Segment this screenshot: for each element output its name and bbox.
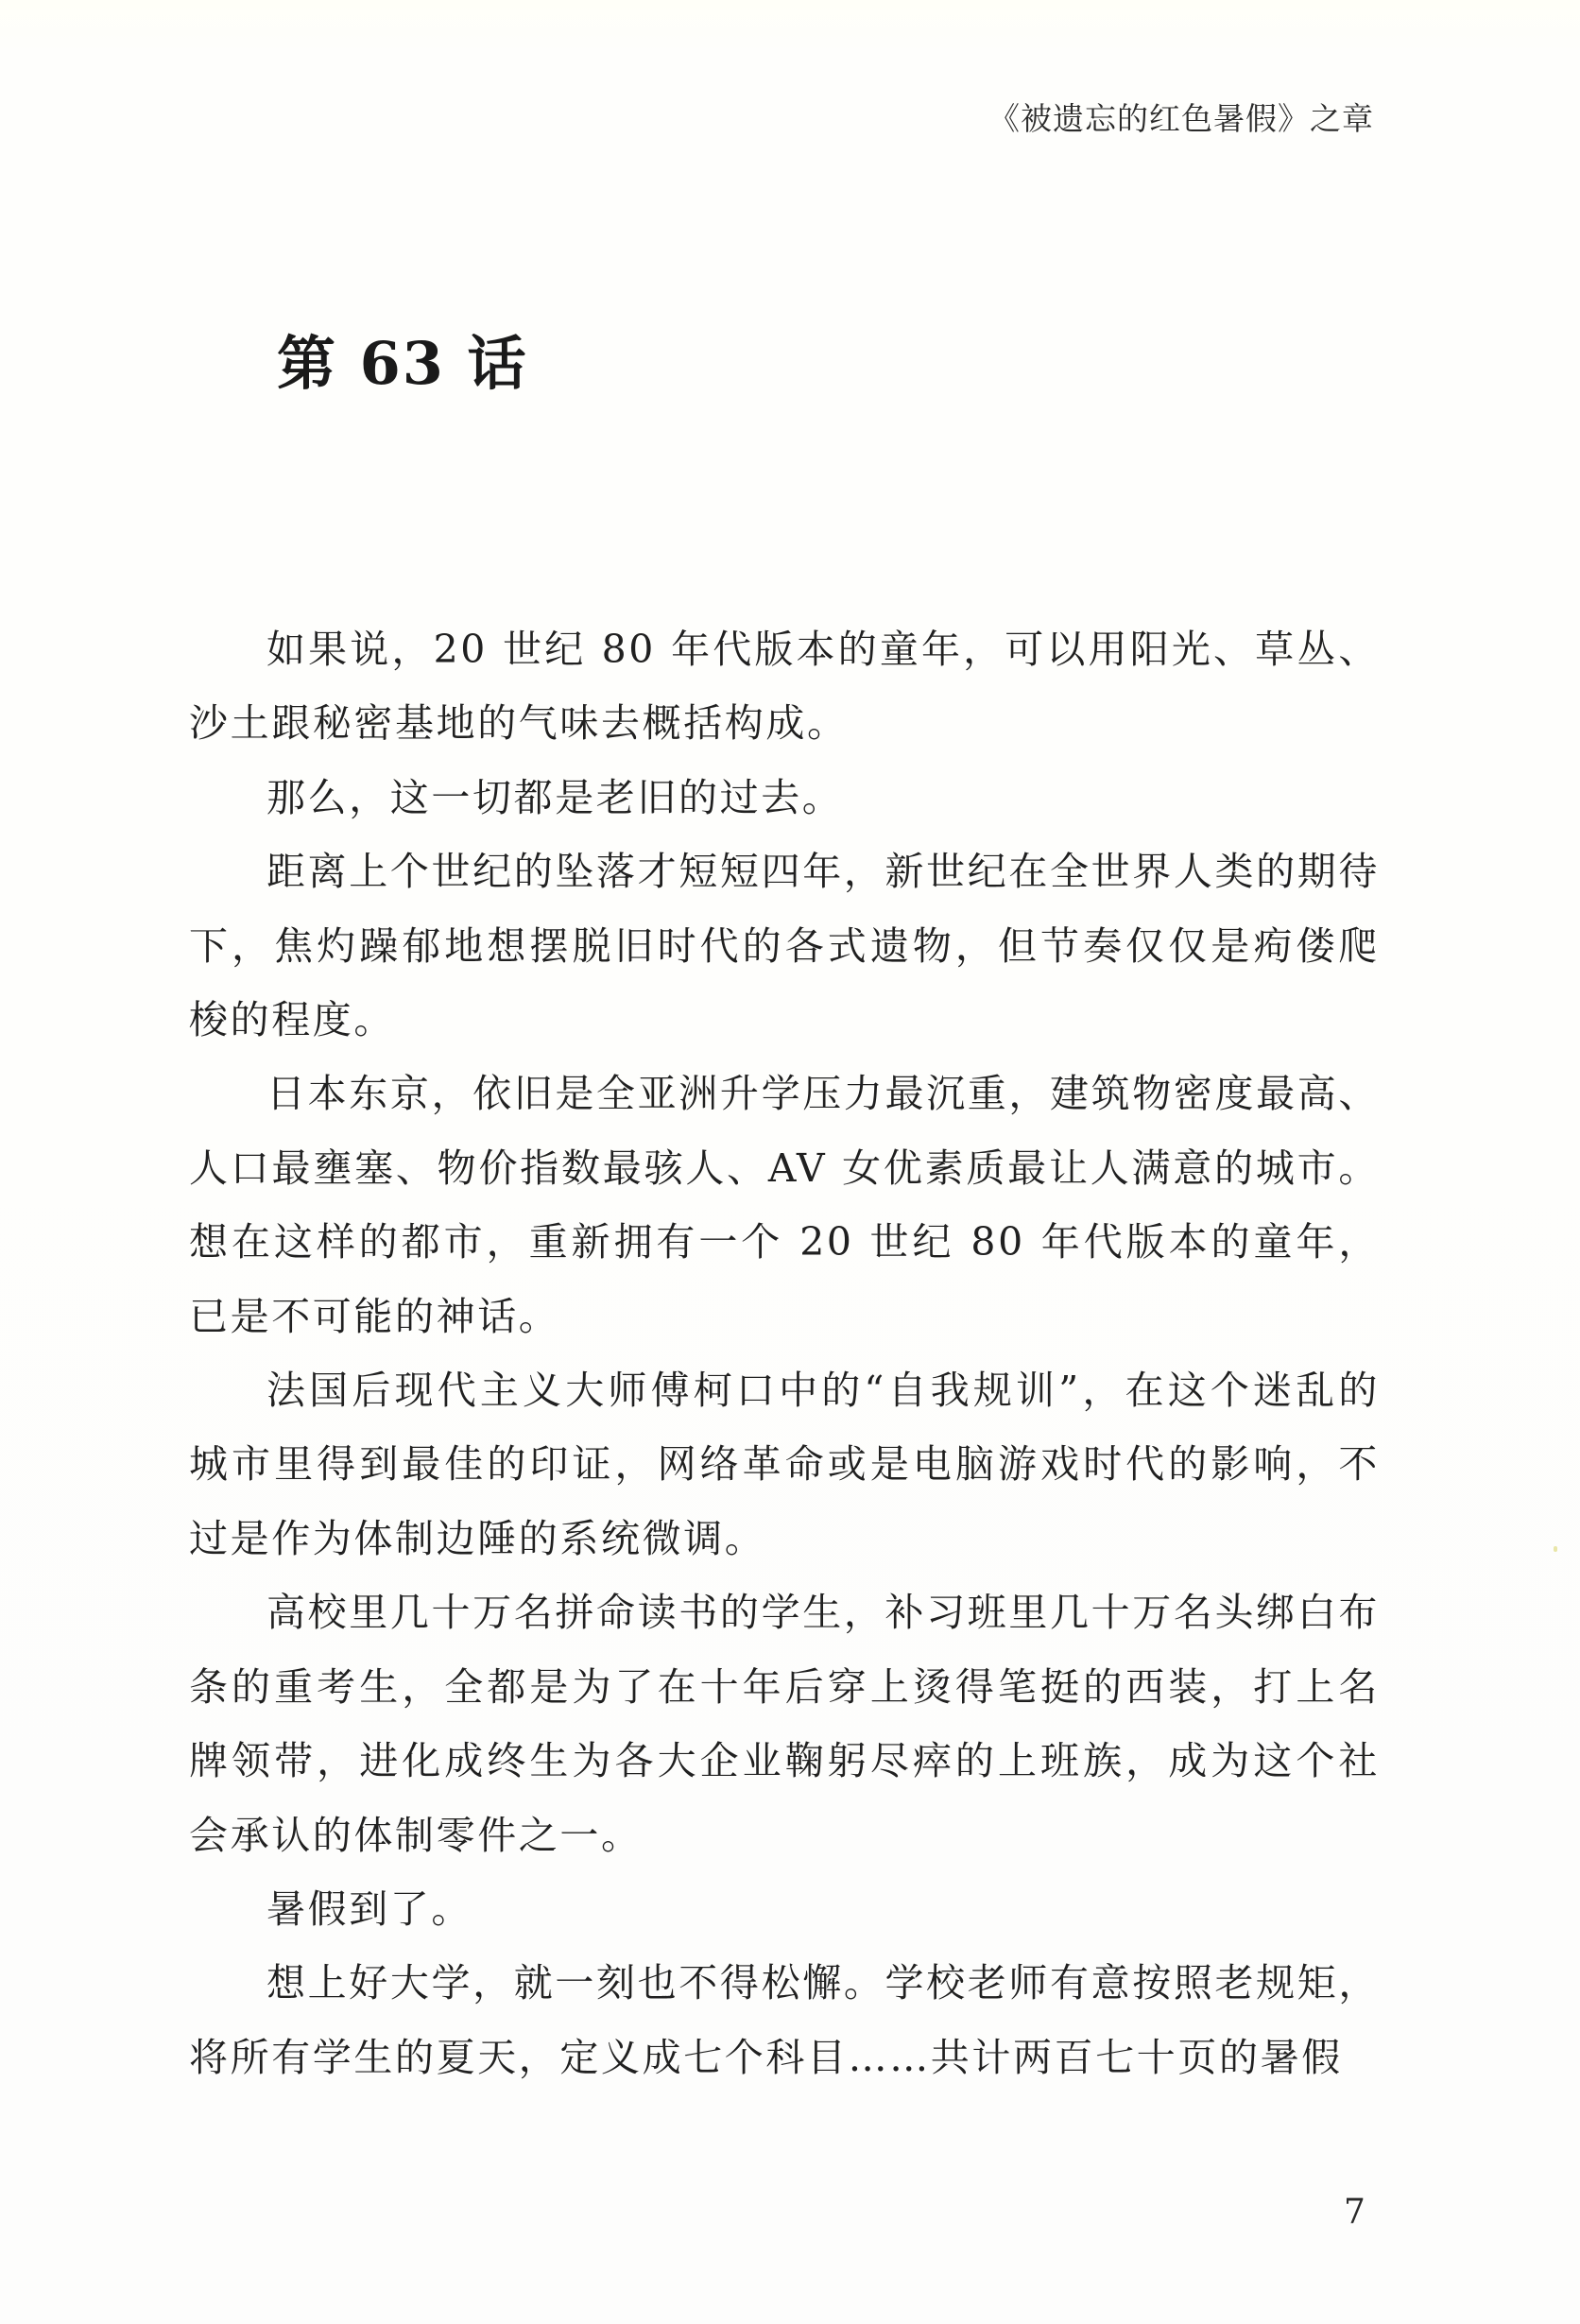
paragraph: 距离上个世纪的坠落才短短四年，新世纪在全世界人类的期待下，焦灼躁郁地想摆脱旧时代… [189, 835, 1380, 1057]
page-number: 7 [1344, 2193, 1365, 2231]
paragraph: 高校里几十万名拼命读书的学生，补习班里几十万名头绑白布条的重考生，全都是为了在十… [189, 1575, 1380, 1872]
paragraph: 暑假到了。 [189, 1872, 1380, 1946]
paragraph: 如果说，20 世纪 80 年代版本的童年，可以用阳光、草丛、沙土跟秘密基地的气味… [189, 612, 1380, 761]
paragraph: 日本东京，依旧是全亚洲升学压力最沉重，建筑物密度最高、人口最壅塞、物价指数最骇人… [189, 1057, 1380, 1353]
book-page: 《被遗忘的红色暑假》之章 第 63 话 如果说，20 世纪 80 年代版本的童年… [0, 0, 1580, 2324]
chapter-title: 第 63 话 [277, 317, 527, 401]
paragraph: 想上好大学，就一刻也不得松懈。学校老师有意按照老规矩，将所有学生的夏天，定义成七… [189, 1946, 1380, 2094]
body-text: 如果说，20 世纪 80 年代版本的童年，可以用阳光、草丛、沙土跟秘密基地的气味… [189, 612, 1380, 2094]
paper-speck [1554, 1546, 1557, 1552]
running-header: 《被遗忘的红色暑假》之章 [988, 95, 1374, 139]
paragraph: 法国后现代主义大师傅柯口中的“自我规训”，在这个迷乱的城市里得到最佳的印证，网络… [189, 1353, 1380, 1575]
paragraph: 那么，这一切都是老旧的过去。 [189, 761, 1380, 835]
